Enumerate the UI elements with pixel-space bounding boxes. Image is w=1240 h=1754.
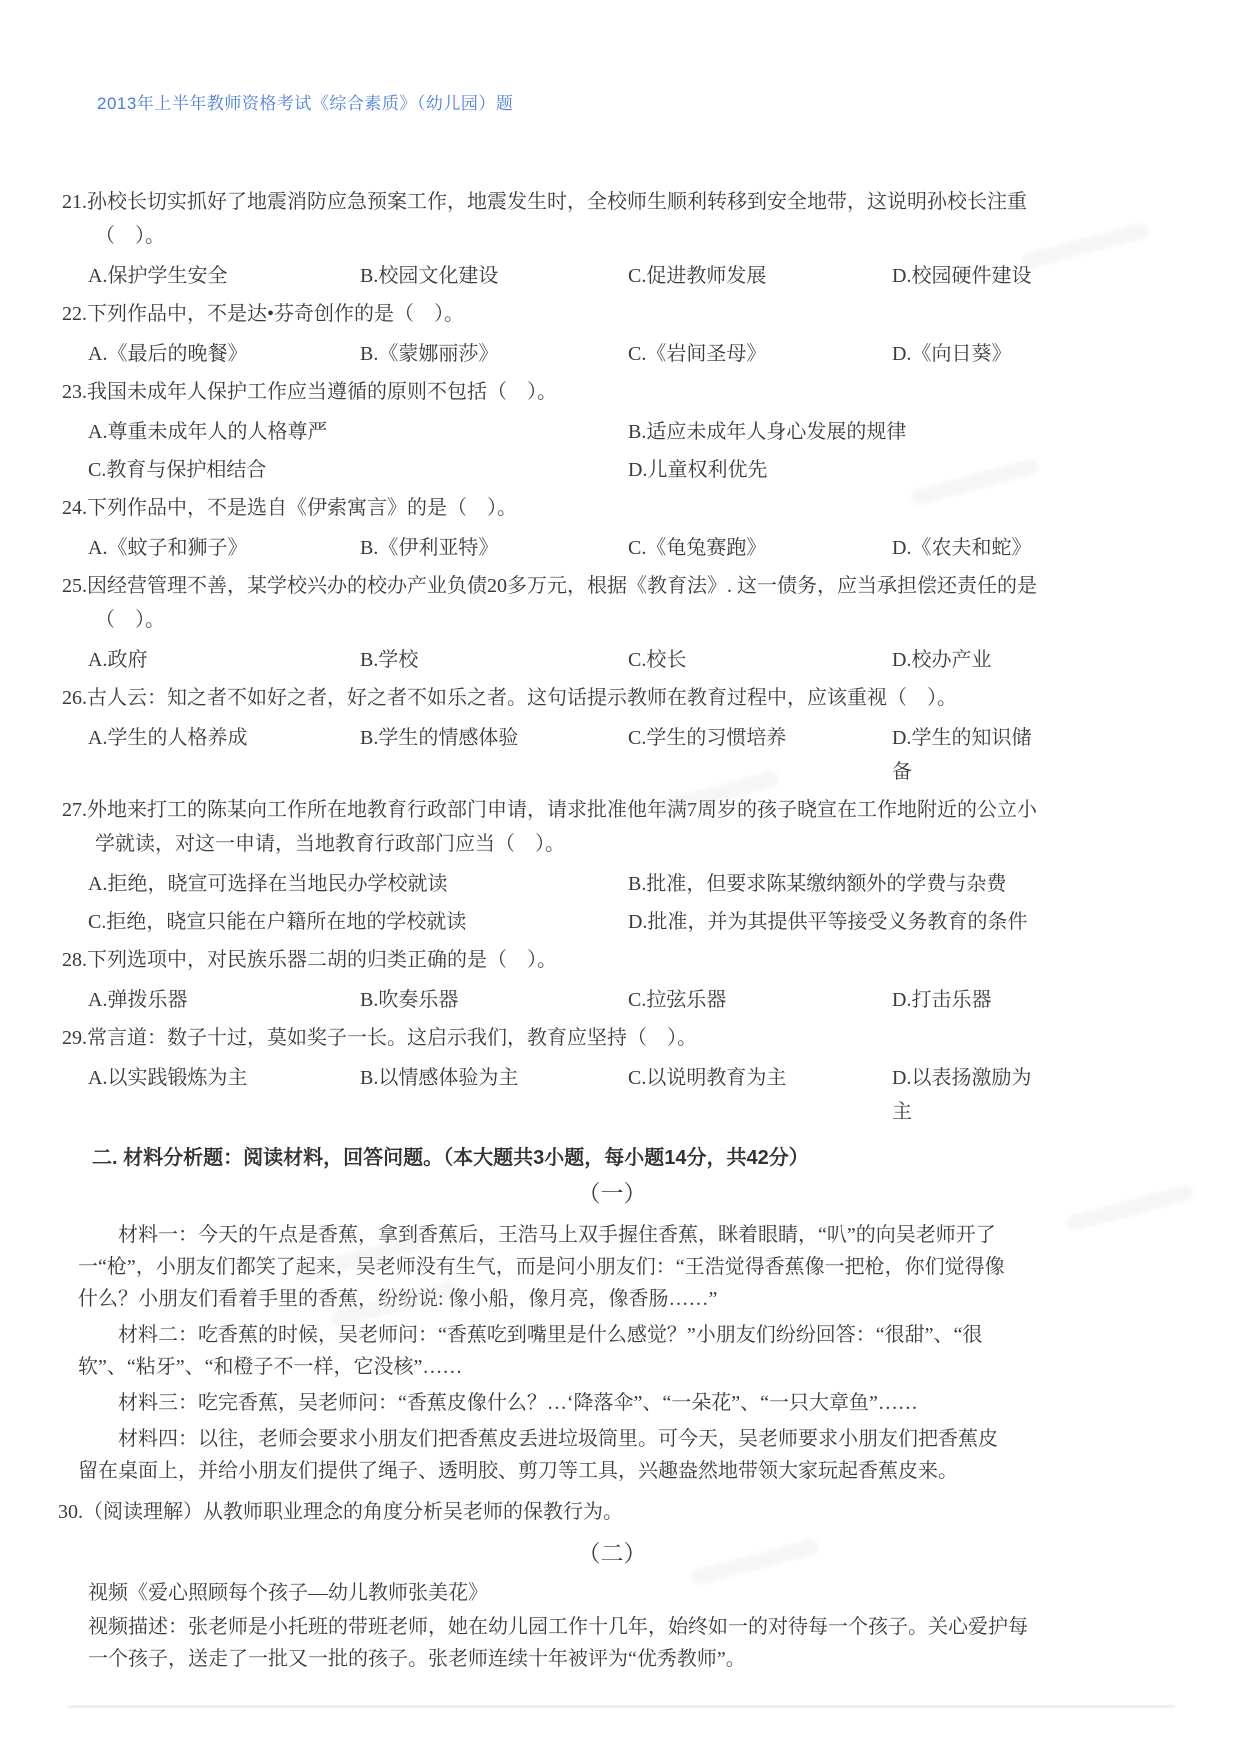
question-options: A.《蚊子和狮子》 B.《伊利亚特》 C.《龟兔赛跑》 D.《农夫和蛇》: [88, 531, 1047, 565]
question-options: A.政府 B.学校 C.校长 D.校办产业: [88, 643, 1047, 677]
option-d: D.打击乐器: [892, 983, 1047, 1017]
question-options: A.《最后的晚餐》 B.《蒙娜丽莎》 C.《岩间圣母》 D.《向日葵》: [88, 337, 1047, 371]
question-options: A.保护学生安全 B.校园文化建设 C.促进教师发展 D.校园硬件建设: [88, 259, 1047, 293]
question-23: 23.我国未成年人保护工作应当遵循的原则不包括（ ）。 A.尊重未成年人的人格尊…: [62, 375, 1047, 487]
option-c: C.学生的习惯培养: [628, 721, 892, 789]
question-27: 27.外地来打工的陈某向工作所在地教育行政部门申请，请求批准他年满7周岁的孩子晓…: [62, 793, 1047, 939]
option-b: B.吹奏乐器: [360, 983, 628, 1017]
question-28: 28.下列选项中，对民族乐器二胡的归类正确的是（ ）。 A.弹拨乐器 B.吹奏乐…: [62, 943, 1047, 1017]
question-stem: 28.下列选项中，对民族乐器二胡的归类正确的是（ ）。: [62, 943, 1047, 977]
option-b: B.《伊利亚特》: [360, 531, 628, 565]
question-stem: 26.古人云：知之者不如好之者，好之者不如乐之者。这句话提示教师在教育过程中，应…: [62, 681, 1047, 715]
page-title: 2013年上半年教师资格考试《综合素质》（幼儿园）题: [97, 92, 1240, 116]
option-b: B.以情感体验为主: [360, 1061, 628, 1129]
question-21: 21.孙校长切实抓好了地震消防应急预案工作，地震发生时，全校师生顺利转移到安全地…: [62, 185, 1047, 293]
part-one-label: （一）: [57, 1177, 1167, 1211]
question-list: 21.孙校长切实抓好了地震消防应急预案工作，地震发生时，全校师生顺利转移到安全地…: [62, 185, 1047, 1708]
option-d: D.《农夫和蛇》: [892, 531, 1047, 565]
question-25: 25.因经营管理不善，某学校兴办的校办产业负债20多万元，根据《教育法》. 这一…: [62, 569, 1047, 677]
option-b: B.学校: [360, 643, 628, 677]
section-two-heading: 二. 材料分析题：阅读材料，回答问题。（本大题共3小题，每小题14分，共42分）: [92, 1141, 1047, 1175]
question-options: A.以实践锻炼为主 B.以情感体验为主 C.以说明教育为主 D.以表扬激励为主: [88, 1061, 1047, 1129]
option-a: A.拒绝，晓宣可选择在当地民办学校就读: [88, 867, 628, 901]
exam-document-page: 2013年上半年教师资格考试《综合素质》（幼儿园）题 21.孙校长切实抓好了地震…: [0, 0, 1240, 1754]
option-d: D.校办产业: [892, 643, 1047, 677]
option-a: A.政府: [88, 643, 360, 677]
question-30-stem: 30.（阅读理解）从教师职业理念的角度分析吴老师的保教行为。: [58, 1495, 1047, 1529]
option-c: C.教育与保护相结合: [88, 453, 628, 487]
question-stem: 22.下列作品中，不是达•芬奇创作的是（ ）。: [62, 297, 1047, 331]
option-d: D.批准，并为其提供平等接受义务教育的条件: [628, 905, 1047, 939]
option-d: D.《向日葵》: [892, 337, 1047, 371]
option-b: B.学生的情感体验: [360, 721, 628, 789]
option-c: C.以说明教育为主: [628, 1061, 892, 1129]
option-c: C.拒绝，晓宣只能在户籍所在地的学校就读: [88, 905, 628, 939]
option-c: C.《龟兔赛跑》: [628, 531, 892, 565]
part-two-label: （二）: [57, 1537, 1167, 1571]
question-stem: 21.孙校长切实抓好了地震消防应急预案工作，地震发生时，全校师生顺利转移到安全地…: [62, 185, 1047, 253]
question-stem: 29.常言道：数子十过，莫如奖子一长。这启示我们，教育应坚持（ ）。: [62, 1021, 1047, 1055]
option-a: A.《蚊子和狮子》: [88, 531, 360, 565]
question-22: 22.下列作品中，不是达•芬奇创作的是（ ）。 A.《最后的晚餐》 B.《蒙娜丽…: [62, 297, 1047, 371]
question-stem: 27.外地来打工的陈某向工作所在地教育行政部门申请，请求批准他年满7周岁的孩子晓…: [62, 793, 1047, 861]
question-options: A.拒绝，晓宣可选择在当地民办学校就读 B.批准，但要求陈某缴纳额外的学费与杂费: [88, 867, 1047, 901]
question-options: A.学生的人格养成 B.学生的情感体验 C.学生的习惯培养 D.学生的知识储备: [88, 721, 1047, 789]
video-description-paragraph: 视频描述：张老师是小托班的带班老师，她在幼儿园工作十几年，始终如一的对待每一个孩…: [88, 1611, 1028, 1675]
option-d: D.学生的知识储备: [892, 721, 1047, 789]
question-26: 26.古人云：知之者不如好之者，好之者不如乐之者。这句话提示教师在教育过程中，应…: [62, 681, 1047, 789]
option-d: D.以表扬激励为主: [892, 1061, 1047, 1129]
option-c: C.拉弦乐器: [628, 983, 892, 1017]
option-d: D.校园硬件建设: [892, 259, 1047, 293]
option-b: B.《蒙娜丽莎》: [360, 337, 628, 371]
question-29: 29.常言道：数子十过，莫如奖子一长。这启示我们，教育应坚持（ ）。 A.以实践…: [62, 1021, 1047, 1129]
question-24: 24.下列作品中，不是选自《伊索寓言》的是（ ）。 A.《蚊子和狮子》 B.《伊…: [62, 491, 1047, 565]
option-c: C.促进教师发展: [628, 259, 892, 293]
option-a: A.《最后的晚餐》: [88, 337, 360, 371]
option-b: B.批准，但要求陈某缴纳额外的学费与杂费: [628, 867, 1047, 901]
option-a: A.尊重未成年人的人格尊严: [88, 415, 628, 449]
bottom-divider: [68, 1705, 1175, 1708]
option-c: C.校长: [628, 643, 892, 677]
material-1-paragraph: 材料一：今天的午点是香蕉，拿到香蕉后，王浩马上双手握住香蕉，眯着眼睛，“叭”的向…: [78, 1219, 1013, 1315]
question-stem: 23.我国未成年人保护工作应当遵循的原则不包括（ ）。: [62, 375, 1047, 409]
question-stem: 25.因经营管理不善，某学校兴办的校办产业负债20多万元，根据《教育法》. 这一…: [62, 569, 1047, 637]
question-options: A.尊重未成年人的人格尊严 B.适应未成年人身心发展的规律: [88, 415, 1047, 449]
question-options: C.拒绝，晓宣只能在户籍所在地的学校就读 D.批准，并为其提供平等接受义务教育的…: [88, 905, 1047, 939]
option-b: B.校园文化建设: [360, 259, 628, 293]
video-title-line: 视频《爱心照顾每个孩子—幼儿教师张美花》: [88, 1577, 1047, 1609]
option-b: B.适应未成年人身心发展的规律: [628, 415, 1047, 449]
option-a: A.弹拨乐器: [88, 983, 360, 1017]
material-2-paragraph: 材料二：吃香蕉的时候，吴老师问：“香蕉吃到嘴里是什么感觉？”小朋友们纷纷回答：“…: [78, 1319, 1013, 1383]
option-a: A.保护学生安全: [88, 259, 360, 293]
option-a: A.学生的人格养成: [88, 721, 360, 789]
material-3-paragraph: 材料三：吃完香蕉，吴老师问：“香蕉皮像什么？…‘降落伞”、“一朵花”、“一只大章…: [78, 1387, 1013, 1419]
question-options: C.教育与保护相结合 D.儿童权利优先: [88, 453, 1047, 487]
option-c: C.《岩间圣母》: [628, 337, 892, 371]
question-stem: 24.下列作品中，不是选自《伊索寓言》的是（ ）。: [62, 491, 1047, 525]
material-4-paragraph: 材料四：以往，老师会要求小朋友们把香蕉皮丢进垃圾筒里。可今天，吴老师要求小朋友们…: [78, 1423, 1013, 1487]
question-options: A.弹拨乐器 B.吹奏乐器 C.拉弦乐器 D.打击乐器: [88, 983, 1047, 1017]
option-d: D.儿童权利优先: [628, 453, 1047, 487]
option-a: A.以实践锻炼为主: [88, 1061, 360, 1129]
